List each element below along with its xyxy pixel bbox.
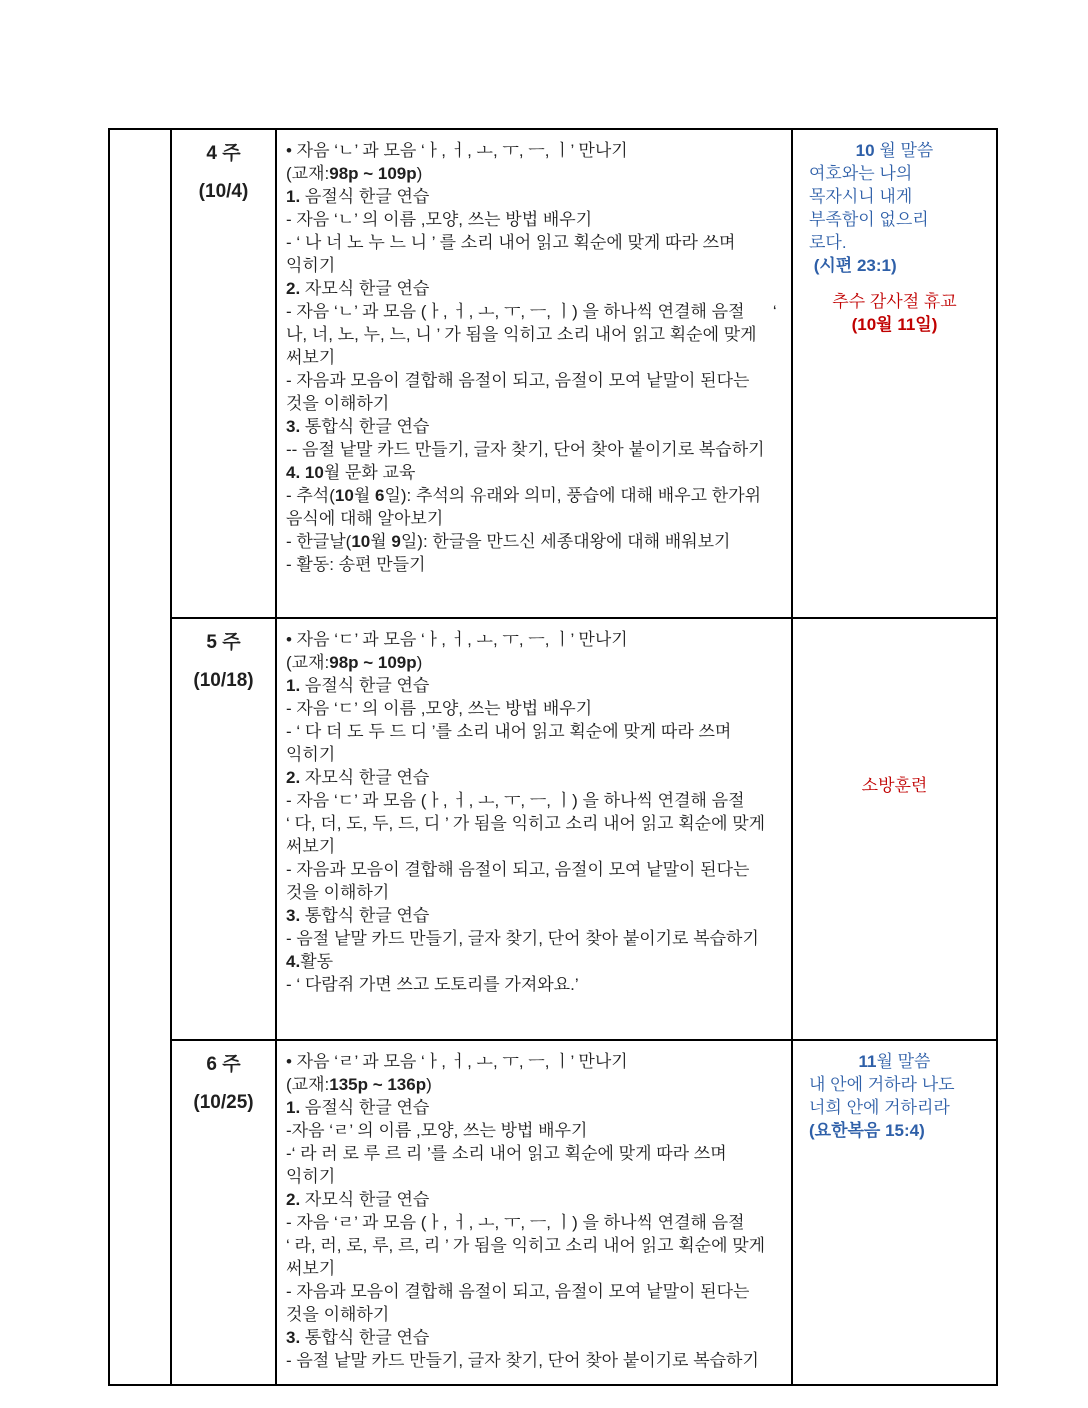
- week-cell: 4 주 (10/4): [172, 130, 277, 617]
- left-margin-cell: [110, 130, 172, 1384]
- notes-line: 목자시니 내게: [799, 185, 990, 208]
- notes-spacer: [799, 277, 990, 290]
- content-line: • 자음 ‘ㄹ’ 과 모음 ‘ㅏ, ㅓ, ㅗ, ㅜ, ㅡ, ㅣ’ 만나기: [286, 1050, 785, 1073]
- week-label: 5 주: [172, 631, 275, 654]
- content-line: - 자음과 모음이 결합해 음절이 되고, 음절이 모여 낱말이 된다는: [286, 1280, 785, 1303]
- content-line: (교재:135p ~ 136p): [286, 1073, 785, 1096]
- notes-line: (시편 23:1): [799, 254, 990, 277]
- content-line: • 자음 ‘ㄷ’ 과 모음 ‘ㅏ, ㅓ, ㅗ, ㅜ, ㅡ, ㅣ’ 만나기: [286, 628, 785, 651]
- notes-cell: 11월 말씀내 안에 거하라 나도너희 안에 거하리라(요한복음 15:4): [793, 1041, 996, 1384]
- content-line: - 자음 ‘ㄴ’ 과 모음 (ㅏ, ㅓ, ㅗ, ㅜ, ㅡ, ㅣ) 을 하나씩 연…: [286, 300, 785, 323]
- lesson-content-cell: • 자음 ‘ㄷ’ 과 모음 ‘ㅏ, ㅓ, ㅗ, ㅜ, ㅡ, ㅣ’ 만나기(교재:…: [277, 619, 793, 1039]
- week-cell: 6 주 (10/25): [172, 1041, 277, 1384]
- content-line: 익히기: [286, 743, 785, 766]
- content-line: - 한글날(10월 9일): 한글을 만드신 세종대왕에 대해 배워보기: [286, 530, 785, 553]
- week-row: 5 주 (10/18) • 자음 ‘ㄷ’ 과 모음 ‘ㅏ, ㅓ, ㅗ, ㅜ, ㅡ…: [172, 619, 996, 1041]
- content-line: -- 음절 낱말 카드 만들기, 글자 찾기, 단어 찾아 붙이기로 복습하기: [286, 438, 785, 461]
- notes-line: 너희 안에 거하리라: [799, 1096, 990, 1119]
- notes-line: (10월 11일): [799, 313, 990, 336]
- week-date: (10/18): [172, 669, 275, 692]
- content-line: 나, 너, 노, 누, 느, 니 ’ 가 됨을 익히고 소리 내어 읽고 획순에…: [286, 323, 785, 346]
- document-page: 4 주 (10/4) • 자음 ‘ㄴ’ 과 모음 ‘ㅏ, ㅓ, ㅗ, ㅜ, ㅡ,…: [0, 0, 1088, 1408]
- content-line: - 활동: 송편 만들기: [286, 553, 785, 576]
- notes-line: 내 안에 거하라 나도: [799, 1073, 990, 1096]
- content-line: - 음절 낱말 카드 만들기, 글자 찾기, 단어 찾아 붙이기로 복습하기: [286, 1349, 785, 1372]
- content-line: -‘ 라 러 로 루 르 리 ’를 소리 내어 읽고 획순에 맞게 따라 쓰며: [286, 1142, 785, 1165]
- content-line: - ‘ 나 너 노 누 느 니 ’ 를 소리 내어 읽고 획순에 맞게 따라 쓰…: [286, 231, 785, 254]
- notes-cell: 소방훈련: [793, 619, 996, 1039]
- content-line: ‘ 라, 러, 로, 루, 르, 리 ’ 가 됨을 익히고 소리 내어 읽고 획…: [286, 1234, 785, 1257]
- content-line: - 자음 ‘ㄴ’ 의 이름 ,모양, 쓰는 방법 배우기: [286, 208, 785, 231]
- content-line: 1. 음절식 한글 연습: [286, 1096, 785, 1119]
- content-line: -자음 ‘ㄹ’ 의 이름 ,모양, 쓰는 방법 배우기: [286, 1119, 785, 1142]
- content-line: 3. 통합식 한글 연습: [286, 415, 785, 438]
- content-line: - 자음과 모음이 결합해 음절이 되고, 음절이 모여 낱말이 된다는: [286, 369, 785, 392]
- content-line: ‘ 다, 더, 도, 두, 드, 디 ’ 가 됨을 익히고 소리 내어 읽고 획…: [286, 812, 785, 835]
- content-line: - ‘ 다 더 도 두 드 디 ’를 소리 내어 읽고 획순에 맞게 따라 쓰며: [286, 720, 785, 743]
- content-line: 2. 자모식 한글 연습: [286, 766, 785, 789]
- content-line: 것을 이해하기: [286, 881, 785, 904]
- week-row: 6 주 (10/25) • 자음 ‘ㄹ’ 과 모음 ‘ㅏ, ㅓ, ㅗ, ㅜ, ㅡ…: [172, 1041, 996, 1384]
- content-line: - 자음 ‘ㄷ’ 의 이름 ,모양, 쓰는 방법 배우기: [286, 697, 785, 720]
- content-line: - 자음과 모음이 결합해 음절이 되고, 음절이 모여 낱말이 된다는: [286, 858, 785, 881]
- lesson-content-cell: • 자음 ‘ㄴ’ 과 모음 ‘ㅏ, ㅓ, ㅗ, ㅜ, ㅡ, ㅣ’ 만나기(교재:…: [277, 130, 793, 617]
- notes-cell: 10 월 말씀여호와는 나의목자시니 내게부족함이 없으리로다. (시편 23:…: [793, 130, 996, 617]
- content-line: 1. 음절식 한글 연습: [286, 185, 785, 208]
- week-date: (10/25): [172, 1091, 275, 1114]
- content-line: - 음절 낱말 카드 만들기, 글자 찾기, 단어 찾아 붙이기로 복습하기: [286, 927, 785, 950]
- content-line: - 자음 ‘ㄷ’ 과 모음 (ㅏ, ㅓ, ㅗ, ㅜ, ㅡ, ㅣ) 을 하나씩 연…: [286, 789, 785, 812]
- notes-line: (요한복음 15:4): [799, 1119, 990, 1142]
- content-line: 3. 통합식 한글 연습: [286, 1326, 785, 1349]
- week-date: (10/4): [172, 180, 275, 203]
- content-line: 3. 통합식 한글 연습: [286, 904, 785, 927]
- notes-line: 11월 말씀: [799, 1050, 990, 1073]
- week-label: 6 주: [172, 1053, 275, 1076]
- week-cell: 5 주 (10/18): [172, 619, 277, 1039]
- content-line: 써보기: [286, 1257, 785, 1280]
- content-line: 4. 10월 문화 교육: [286, 461, 785, 484]
- table-rows: 4 주 (10/4) • 자음 ‘ㄴ’ 과 모음 ‘ㅏ, ㅓ, ㅗ, ㅜ, ㅡ,…: [172, 130, 996, 1384]
- notes-line: 소방훈련: [799, 774, 990, 797]
- content-line: 4.활동: [286, 950, 785, 973]
- notes-line: 로다.: [799, 231, 990, 254]
- content-line: 써보기: [286, 835, 785, 858]
- notes-line: 부족함이 없으리: [799, 208, 990, 231]
- content-line: 2. 자모식 한글 연습: [286, 1188, 785, 1211]
- week-row: 4 주 (10/4) • 자음 ‘ㄴ’ 과 모음 ‘ㅏ, ㅓ, ㅗ, ㅜ, ㅡ,…: [172, 130, 996, 619]
- content-line: 1. 음절식 한글 연습: [286, 674, 785, 697]
- schedule-table: 4 주 (10/4) • 자음 ‘ㄴ’ 과 모음 ‘ㅏ, ㅓ, ㅗ, ㅜ, ㅡ,…: [108, 128, 998, 1386]
- content-line: 익히기: [286, 254, 785, 277]
- content-line: - 추석(10월 6일): 추석의 유래와 의미, 풍습에 대해 배우고 한가위: [286, 484, 785, 507]
- content-line: 음식에 대해 알아보기: [286, 507, 785, 530]
- content-line: - ‘ 다람쥐 가면 쓰고 도토리를 가져와요.’: [286, 973, 785, 996]
- notes-line: 추수 감사절 휴교: [799, 290, 990, 313]
- week-label: 4 주: [172, 142, 275, 165]
- notes-line: 여호와는 나의: [799, 162, 990, 185]
- lesson-content-cell: • 자음 ‘ㄹ’ 과 모음 ‘ㅏ, ㅓ, ㅗ, ㅜ, ㅡ, ㅣ’ 만나기(교재:…: [277, 1041, 793, 1384]
- notes-line: 10 월 말씀: [799, 139, 990, 162]
- content-line: 것을 이해하기: [286, 392, 785, 415]
- content-line: 써보기: [286, 346, 785, 369]
- content-line: 2. 자모식 한글 연습: [286, 277, 785, 300]
- content-line: 것을 이해하기: [286, 1303, 785, 1326]
- content-line: - 자음 ‘ㄹ’ 과 모음 (ㅏ, ㅓ, ㅗ, ㅜ, ㅡ, ㅣ) 을 하나씩 연…: [286, 1211, 785, 1234]
- content-line: (교재:98p ~ 109p): [286, 162, 785, 185]
- content-line: (교재:98p ~ 109p): [286, 651, 785, 674]
- content-line: • 자음 ‘ㄴ’ 과 모음 ‘ㅏ, ㅓ, ㅗ, ㅜ, ㅡ, ㅣ’ 만나기: [286, 139, 785, 162]
- content-line: 익히기: [286, 1165, 785, 1188]
